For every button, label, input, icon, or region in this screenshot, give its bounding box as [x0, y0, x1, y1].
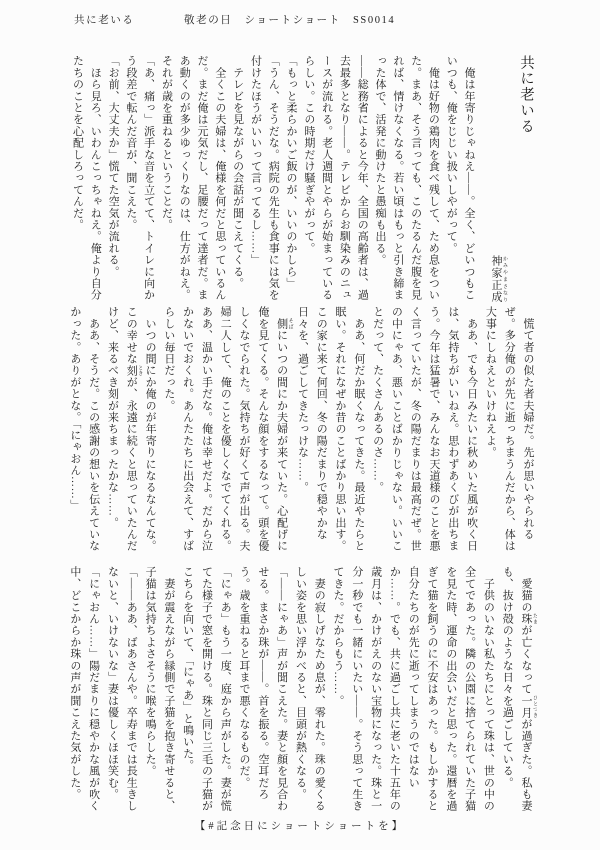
- paragraph: ——総務省によると今年、全国の高齢者は、過去最多となり——。テレビからお馴染みの…: [299, 55, 370, 303]
- document-page: 共に老いる 敬老の日 ショートショート SS0014 共に老いる 神家正成かみや…: [0, 0, 600, 850]
- author-name: 神家正成かみやまさなり: [487, 55, 507, 303]
- paragraph: 子供のいない私たちにとって珠は、世の中の全てであった。隣の公園に捨てられていた子…: [328, 566, 497, 814]
- paragraph: 妻が震えながら縁側で子猫を抱き寄せると、子猫は気持ちよさそうに喉を鳴らした。: [140, 566, 178, 814]
- header-running-title: 共に老いる: [74, 12, 135, 27]
- paragraph: 愛猫の珠たまが亡くなって一月ひとつきが過ぎた。私も妻も、抜け殻のような日々を過ご…: [497, 566, 537, 814]
- header-meta: 敬老の日 ショートショート SS0014: [184, 12, 395, 27]
- story-title: 共に老いる: [515, 55, 537, 303]
- paragraph: 俺は好物の鶏肉を食べ残して、ため息をついた。まあ、そう言っても、このたるんだ腹を…: [370, 55, 441, 303]
- paragraph: 「——にゃあ」声が聞こえた。妻と顔を見合わせる。まさか珠が——。首を振る。空耳だ…: [234, 566, 290, 814]
- paragraph: いつの間にか俺のが年寄りになるなんてな。この幸せな刻ときが、永遠に続くと思ってい…: [103, 306, 159, 554]
- footer-hashtag: 【#記念日にショートショートを】: [0, 818, 600, 833]
- paragraph: ああ、そうだ。この感謝の想いを伝えていなかった。ありがとな。「にゃおん……」: [65, 306, 103, 554]
- paragraph: 「うん、そうだな。病院の先生も食事には気を付けたほうがいいって言ってるし……」: [246, 55, 282, 303]
- paragraph: 側そばにいつの間にか夫婦が来ていた。心配げに俺を見てくる。そんな顔をするなって。…: [159, 306, 293, 554]
- text-band-3: 愛猫の珠たまが亡くなって一月ひとつきが過ぎた。私も妻も、抜け殻のような日々を過ご…: [61, 566, 537, 814]
- paragraph: 「——ああ、ばあさんや。卒寿までは長生きしないと、いけないな」妻は優しくほほ笑む…: [103, 566, 141, 814]
- paragraph: ああ、でも今日みたいに秋めいた風が吹く日は、気持ちがいいねえ。思わずあくびが出ち…: [368, 306, 481, 554]
- paragraph: 俺は年寄りじゃねえ——。全く、どいつもこいつも、俺をじじい扱いしやがって。: [441, 55, 477, 303]
- paragraph: ほら見ろ、いわんこっちゃねえ。俺より自分たちのことを心配しろってんだ。: [68, 55, 104, 303]
- paragraph: 全くこの夫婦は、俺様を何だと思っているんだ。まだ俺は元気だし、足腰だって達者だ。…: [157, 55, 228, 303]
- paragraph: 妻の寂しげなため息が、零れた。珠の愛くるしい姿を思い浮かべると、目頭が熱くなる。: [291, 566, 329, 814]
- paragraph: テレビを見ながらの会話が聞こえてくる。: [228, 55, 246, 303]
- text-band-1: 共に老いる 神家正成かみやまさなり 俺は年寄りじゃねえ——。全く、どいつもこいつ…: [61, 55, 537, 303]
- author-ruby: 神家正成かみやまさなり: [490, 255, 502, 303]
- paragraph: 「もっと柔らかいご飯のが、いいのかしら」: [281, 55, 299, 303]
- paragraph: 「にゃおん……」陽だまりに穏やかな風が吹く中、どこからか珠の声が聞こえた気がした…: [65, 566, 103, 814]
- paragraph: ああ、何だか眠くなってきた。最近やたらと眠い。それになぜか昔のことばかり思い出す…: [293, 306, 368, 554]
- text-band-2: 慌て者の似た者夫婦だ。先が思いやられるぜ。多分俺のが先に逝っちまうんだから、体は…: [61, 306, 537, 554]
- paragraph: 慌て者の似た者夫婦だ。先が思いやられるぜ。多分俺のが先に逝っちまうんだから、体は…: [481, 306, 537, 554]
- paragraph: 「あ、痛っ」派手な音を立てて、トイレに向かう段差で転んだ音が、聞こえた。: [121, 55, 157, 303]
- paragraph: 「にゃあ」もう一度、庭から声がした。妻が慌てた様子で窓を開ける。珠と同じ三毛の子…: [178, 566, 234, 814]
- paragraph: 「お前、大丈夫か」慌てた空気が流れる。: [103, 55, 121, 303]
- author-furigana: かみやまさなり: [502, 255, 507, 303]
